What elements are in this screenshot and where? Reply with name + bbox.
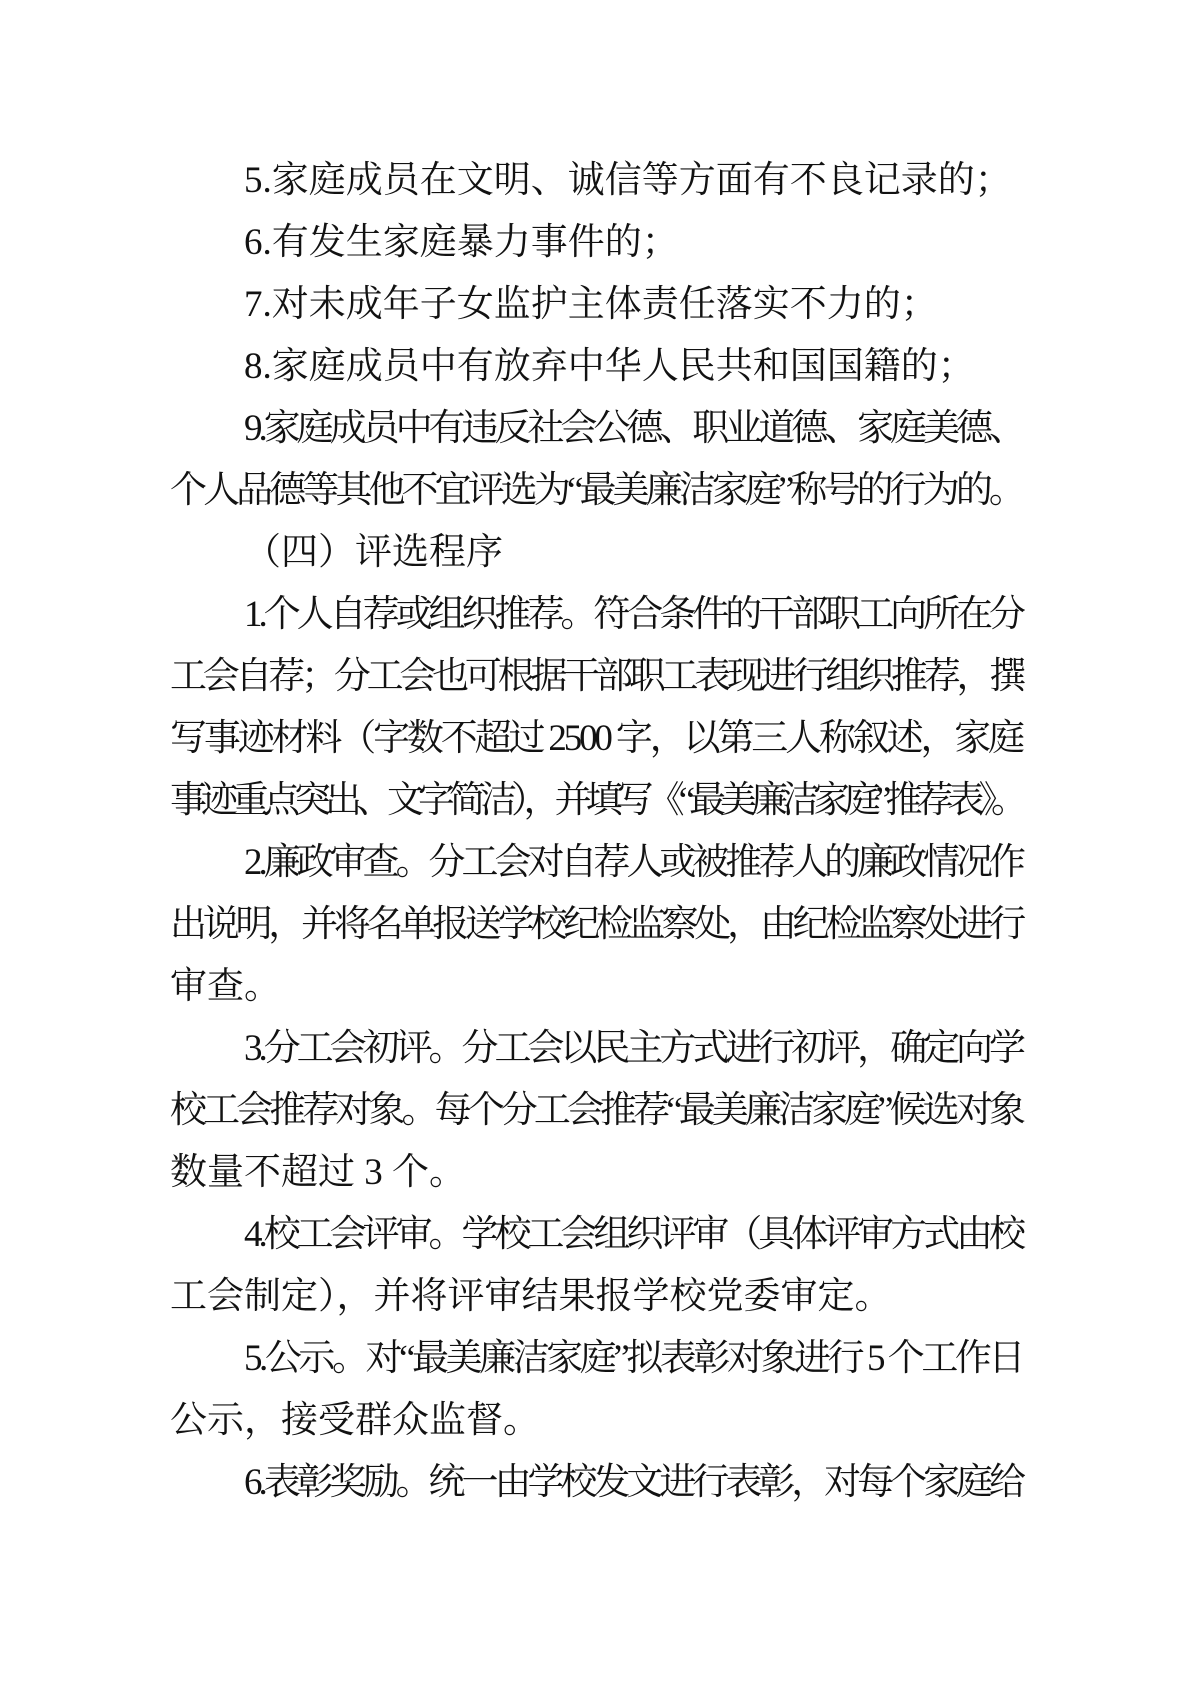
text-line: 公示，接受群众监督。 xyxy=(170,1390,1022,1452)
text-line-content: 4.校工会评审。学校工会组织评审（具体评审方式由校 xyxy=(244,1214,1022,1255)
text-line: 工会自荐；分工会也可根据干部职工表现进行组织推荐，撰 xyxy=(170,646,1022,708)
document-body: 5.家庭成员在文明、诚信等方面有不良记录的；6.有发生家庭暴力事件的；7.对未成… xyxy=(170,150,1022,1514)
text-line: 事迹重点突出、文字简洁），并填写《“最美廉洁家庭”推荐表》。 xyxy=(170,770,1022,832)
text-line: 9.家庭成员中有违反社会公德、职业道德、家庭美德、 xyxy=(170,398,1022,460)
text-line-content: 2.廉政审查。分工会对自荐人或被推荐人的廉政情况作 xyxy=(244,842,1022,883)
text-line-content: （四）评选程序 xyxy=(244,532,503,573)
text-line: 3.分工会初评。分工会以民主方式进行初评，确定向学 xyxy=(170,1018,1022,1080)
text-line: 审查。 xyxy=(170,956,1022,1018)
text-line: 校工会推荐对象。每个分工会推荐“最美廉洁家庭”候选对象 xyxy=(170,1080,1022,1142)
text-line-content: 7.对未成年子女监护主体责任落实不力的； xyxy=(244,284,938,325)
document-page: 5.家庭成员在文明、诚信等方面有不良记录的；6.有发生家庭暴力事件的；7.对未成… xyxy=(0,0,1191,1684)
text-line: 7.对未成年子女监护主体责任落实不力的； xyxy=(170,274,1022,336)
text-line-content: 事迹重点突出、文字简洁），并填写《“最美廉洁家庭”推荐表》。 xyxy=(170,780,1022,821)
text-line-content: 个人品德等其他不宜评选为“最美廉洁家庭”称号的行为的。 xyxy=(170,470,1022,511)
text-line-content: 出说明，并将名单报送学校纪检监察处，由纪检监察处进行 xyxy=(170,904,1022,945)
text-line: 8.家庭成员中有放弃中华人民共和国国籍的； xyxy=(170,336,1022,398)
text-line: 5.家庭成员在文明、诚信等方面有不良记录的； xyxy=(170,150,1022,212)
text-line: 2.廉政审查。分工会对自荐人或被推荐人的廉政情况作 xyxy=(170,832,1022,894)
text-line-content: 6.有发生家庭暴力事件的； xyxy=(244,222,679,263)
text-line: 5.公示。对“最美廉洁家庭”拟表彰对象进行 5 个工作日 xyxy=(170,1328,1022,1390)
text-line-content: 写事迹材料（字数不超过 2500 字，以第三人称叙述，家庭 xyxy=(170,718,1022,759)
text-line: 出说明，并将名单报送学校纪检监察处，由纪检监察处进行 xyxy=(170,894,1022,956)
text-line: 4.校工会评审。学校工会组织评审（具体评审方式由校 xyxy=(170,1204,1022,1266)
text-line: 写事迹材料（字数不超过 2500 字，以第三人称叙述，家庭 xyxy=(170,708,1022,770)
text-line-content: 8.家庭成员中有放弃中华人民共和国国籍的； xyxy=(244,346,975,387)
text-line: 6.表彰奖励。统一由学校发文进行表彰，对每个家庭给 xyxy=(170,1452,1022,1514)
text-line-content: 校工会推荐对象。每个分工会推荐“最美廉洁家庭”候选对象 xyxy=(170,1090,1022,1131)
text-line-content: 工会自荐；分工会也可根据干部职工表现进行组织推荐，撰 xyxy=(170,656,1022,697)
text-line: 个人品德等其他不宜评选为“最美廉洁家庭”称号的行为的。 xyxy=(170,460,1022,522)
text-line-content: 5.公示。对“最美廉洁家庭”拟表彰对象进行 5 个工作日 xyxy=(244,1338,1022,1379)
text-line-content: 公示，接受群众监督。 xyxy=(170,1400,540,1441)
text-line-content: 数量不超过 3 个。 xyxy=(170,1152,466,1193)
text-line-content: 9.家庭成员中有违反社会公德、职业道德、家庭美德、 xyxy=(244,408,1022,449)
text-line: 1.个人自荐或组织推荐。符合条件的干部职工向所在分 xyxy=(170,584,1022,646)
text-line-content: 3.分工会初评。分工会以民主方式进行初评，确定向学 xyxy=(244,1028,1022,1069)
text-line-content: 审查。 xyxy=(170,966,281,1007)
text-line-content: 工会制定），并将评审结果报学校党委审定。 xyxy=(170,1276,892,1317)
text-line-content: 6.表彰奖励。统一由学校发文进行表彰，对每个家庭给 xyxy=(244,1462,1022,1503)
text-line: 数量不超过 3 个。 xyxy=(170,1142,1022,1204)
text-line-content: 1.个人自荐或组织推荐。符合条件的干部职工向所在分 xyxy=(244,594,1022,635)
text-line: 6.有发生家庭暴力事件的； xyxy=(170,212,1022,274)
section-heading: （四）评选程序 xyxy=(170,522,1022,584)
text-line: 工会制定），并将评审结果报学校党委审定。 xyxy=(170,1266,1022,1328)
text-line-content: 5.家庭成员在文明、诚信等方面有不良记录的； xyxy=(244,160,1012,201)
